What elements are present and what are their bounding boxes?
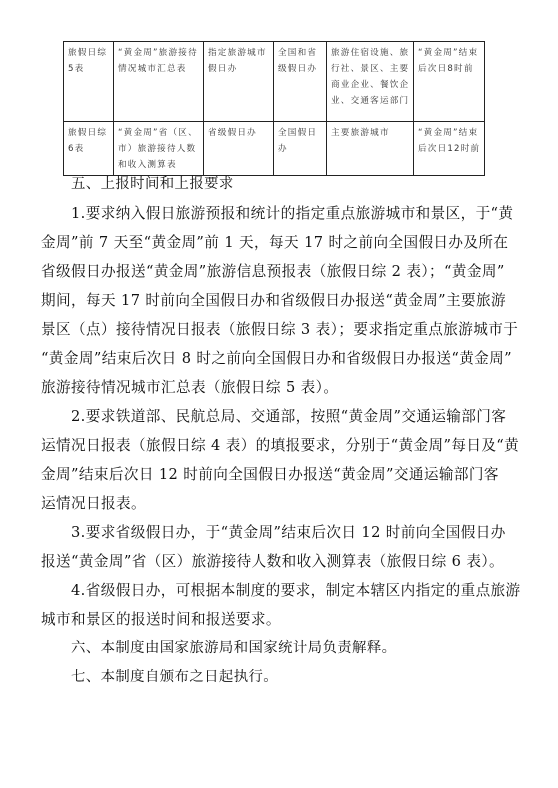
table-cell-receiver: 全国假日办 bbox=[274, 122, 327, 176]
paragraph-line: 4.省级假日办，可根据本制度的要求，制定本辖区内指定的重点旅游 bbox=[41, 576, 515, 605]
paragraph-item-3: 3.要求省级假日办，于“黄金周”结束后次日 12 时前向全国假日办 报送“黄金周… bbox=[41, 518, 515, 576]
report-schedule-table: 旅假日综5表 “黄金周”旅游接待情况城市汇总表 指定旅游城市假日办 全国和省级假… bbox=[63, 41, 485, 176]
section-heading-5: 五、上报时间和上报要求 bbox=[41, 170, 515, 199]
section-heading-6: 六、本制度由国家旅游局和国家统计局负责解释。 bbox=[41, 634, 515, 663]
table-cell-code: 旅假日综5表 bbox=[64, 42, 114, 122]
paragraph-line: 期间，每天 17 时前向全国假日办和省级假日办报送“黄金周”主要旅游 bbox=[41, 286, 515, 315]
paragraph-line: 报送“黄金周”省（区）旅游接待人数和收入测算表（旅假日综 6 表）。 bbox=[41, 547, 515, 576]
table-cell-reporter: 省级假日办 bbox=[204, 122, 274, 176]
table-cell-reporter: 指定旅游城市假日办 bbox=[204, 42, 274, 122]
paragraph-line: 运情况日报表。 bbox=[41, 489, 515, 518]
paragraph-line: 城市和景区的报送时间和报送要求。 bbox=[41, 605, 515, 634]
paragraph-item-2: 2.要求铁道部、民航总局、交通部，按照“黄金周”交通运输部门客 运情况日报表（旅… bbox=[41, 402, 515, 518]
paragraph-line: 景区（点）接待情况日报表（旅假日综 3 表）；要求指定重点旅游城市于 bbox=[41, 315, 515, 344]
table-cell-scope: 旅游住宿设施、旅行社、景区、主要商业企业、餐饮企业、交通客运部门 bbox=[327, 42, 414, 122]
paragraph-line: 金周”前 7 天至“黄金周”前 1 天，每天 17 时之前向全国假日办及所在 bbox=[41, 228, 515, 257]
table-cell-scope: 主要旅游城市 bbox=[327, 122, 414, 176]
paragraph-item-1: 1.要求纳入假日旅游预报和统计的指定重点旅游城市和景区，于“黄 金周”前 7 天… bbox=[41, 199, 515, 402]
table-cell-name: “黄金周”省（区、市）旅游接待人数和收入测算表 bbox=[114, 122, 204, 176]
table-cell-deadline: “黄金周”结束后次日8时前 bbox=[414, 42, 485, 122]
document-page: 旅假日综5表 “黄金周”旅游接待情况城市汇总表 指定旅游城市假日办 全国和省级假… bbox=[0, 0, 558, 788]
paragraph-line: 3.要求省级假日办，于“黄金周”结束后次日 12 时前向全国假日办 bbox=[41, 518, 515, 547]
table-cell-name: “黄金周”旅游接待情况城市汇总表 bbox=[114, 42, 204, 122]
paragraph-line: 省级假日办报送“黄金周”旅游信息预报表（旅假日综 2 表）；“黄金周” bbox=[41, 257, 515, 286]
table-cell-receiver: 全国和省级假日办 bbox=[274, 42, 327, 122]
section-heading-7: 七、本制度自颁布之日起执行。 bbox=[41, 663, 515, 692]
paragraph-line: 旅游接待情况城市汇总表（旅假日综 5 表）。 bbox=[41, 373, 515, 402]
paragraph-line: 1.要求纳入假日旅游预报和统计的指定重点旅游城市和景区，于“黄 bbox=[41, 199, 515, 228]
table-row: 旅假日综5表 “黄金周”旅游接待情况城市汇总表 指定旅游城市假日办 全国和省级假… bbox=[64, 42, 485, 122]
paragraph-line: “黄金周”结束后次日 8 时之前向全国假日办和省级假日办报送“黄金周” bbox=[41, 344, 515, 373]
table-cell-deadline: “黄金周”结束后次日12时前 bbox=[414, 122, 485, 176]
paragraph-line: 运情况日报表（旅假日综 4 表）的填报要求，分别于“黄金周”每日及“黄 bbox=[41, 431, 515, 460]
table-row: 旅假日综6表 “黄金周”省（区、市）旅游接待人数和收入测算表 省级假日办 全国假… bbox=[64, 122, 485, 176]
paragraph-line: 金周”结束后次日 12 时前向全国假日办报送“黄金周”交通运输部门客 bbox=[41, 460, 515, 489]
paragraph-item-4: 4.省级假日办，可根据本制度的要求，制定本辖区内指定的重点旅游 城市和景区的报送… bbox=[41, 576, 515, 634]
table-cell-code: 旅假日综6表 bbox=[64, 122, 114, 176]
paragraph-line: 2.要求铁道部、民航总局、交通部，按照“黄金周”交通运输部门客 bbox=[41, 402, 515, 431]
document-body: 五、上报时间和上报要求 1.要求纳入假日旅游预报和统计的指定重点旅游城市和景区，… bbox=[41, 170, 515, 692]
